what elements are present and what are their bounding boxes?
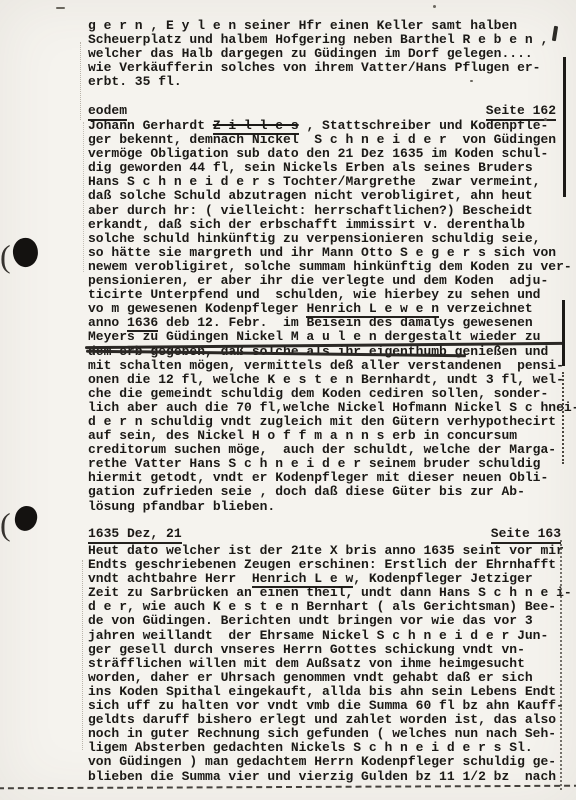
text-segment: ticirte Unterpfend und schulden, wie hie… [88,288,540,302]
text-line: Scheuerplatz und halbem Hofgering neben … [88,33,548,47]
text-line: solche schuld hinkünftig zu verpensionie… [88,232,576,246]
text-segment: vndt achtbahre Herr [88,572,252,586]
text-segment: daß solche Schuld abzutragen nicht verob… [88,189,533,203]
right-margin-rule [562,300,565,366]
text-line: vndt achtbahre Herr Henrich L e w, Koden… [88,572,572,586]
text-segment: solche schuld hinkünftig zu verpensionie… [88,232,540,246]
text-line: sich uff zu halten vor vndt vmb die Summ… [88,699,572,713]
paragraph-seite-162: Johann Gerhardt Z i l l e s , Stattschre… [88,119,576,514]
right-margin-dotted-rule [562,372,564,464]
text-line: lich aber auch die 70 fl,welche Nickel H… [88,401,576,415]
text-line: mit schalten mögen, vermittels deß aller… [88,359,576,373]
text-segment: gation zufrieden seie , doch daß diese G… [88,485,525,499]
text-segment: , Kodenpfleger Jetziger [353,572,532,586]
text-line: hiermit getodt, vndt er Kodenpfleger mit… [88,471,576,485]
text-segment: Scheuerplatz und halbem Hofgering neben … [88,33,548,47]
right-margin-dotted-rule [560,540,562,790]
ink-blot [13,505,38,533]
text-segment: jahren weillandt der Ehrsame Nickel S c … [88,629,548,643]
text-segment: erkandt, daß sich der erbschafft immissi… [88,218,525,232]
text-line: noch in guter Rechnung sich gefunden ( w… [88,727,572,741]
scanned-document-page: g e r n , E y l e n seiner Hfr einen Kel… [0,0,576,800]
text-segment: sich uff zu halten vor vndt vmb die Summ… [88,699,564,713]
text-line: vermöge Obligation sub dato den 21 Dez 1… [88,147,576,161]
text-segment: so hätte sie margreth und ihr Mann Otto … [88,246,556,260]
left-margin-guide [83,122,84,272]
text-segment: dig geworden 44 fl, sein Nickels Erben a… [88,161,533,175]
paragraph-seite-163: Heut dato welcher ist der 21te X bris an… [88,544,572,784]
text-line: ligem Absterben gedachten Nickels S c h … [88,741,572,755]
text-line: g e r n , E y l e n seiner Hfr einen Kel… [88,19,548,33]
text-segment: lösung pfandbar blieben. [88,500,275,514]
text-segment: welcher das Halb dargegen zu Güdingen im… [88,47,533,61]
text-segment: Hans S c h n e i d e r s Tochter/Margret… [88,175,540,189]
scan-speck [433,5,436,8]
text-line: d e r n schuldig vndt zugleich mit den G… [88,415,576,429]
text-line: d e r, wie auch K e s t e n Bernhart ( a… [88,600,572,614]
text-line: Heut dato welcher ist der 21te X bris an… [88,544,572,558]
paragraph-intro: g e r n , E y l e n seiner Hfr einen Kel… [88,19,548,89]
text-segment: ger gesell durch vnseres Herrn Gottes sc… [88,643,525,657]
text-segment: newem verobligiret, solche summam hinkün… [88,260,572,274]
text-line: newem verobligiret, solche summam hinkün… [88,260,576,274]
text-segment: Endts geschriebenen Zeugen erschinen: Er… [88,558,556,572]
text-segment: g e r n , E y l e n seiner Hfr einen Kel… [88,19,517,33]
text-line: gation zufrieden seie , doch daß diese G… [88,485,576,499]
text-segment: hiermit getodt, vndt er Kodenpfleger mit… [88,471,548,485]
text-segment: von Güdingen ) man gedachtem Herrn Koden… [88,755,556,769]
text-segment: erbt. 35 fl. [88,75,182,89]
text-segment: Zeit zu Sarbrücken an einen theil, undt … [88,586,572,600]
text-line: worden, daher er Uhrsach genommen vndt g… [88,671,572,685]
text-line: pensionieren, er aber ihr die verlegte u… [88,274,576,288]
text-line: von Güdingen ) man gedachtem Herrn Koden… [88,755,572,769]
scan-speck [470,80,473,82]
text-segment: ins Koden Spithal eingekauft, allda bis … [88,685,556,699]
text-line: daß solche Schuld abzutragen nicht verob… [88,189,576,203]
text-line: auf sein, des Nickel H o f f m a n n s e… [88,429,576,443]
text-segment: verzeichnet [439,302,533,316]
text-segment: creditorum suchen möge, auch der schuldt… [88,443,556,457]
text-line: che die gemeindt schuldig dem Koden cedi… [88,387,576,401]
text-segment: onen die 12 fl, welche K e s t e n Bernh… [88,373,564,387]
text-segment: blieben die Summa vier und vierzig Gulde… [88,770,556,784]
text-segment: noch in guter Rechnung sich gefunden ( w… [88,727,556,741]
text-line: dig geworden 44 fl, sein Nickels Erben a… [88,161,576,175]
left-margin-guide [82,560,83,750]
left-margin-guide [80,42,81,120]
text-segment: ger bekennt, demnach Nickel S c h n e i … [88,133,556,147]
margin-paren-mark: ( [0,506,11,543]
text-segment: lich aber auch die 70 fl,welche Nickel H… [88,401,576,415]
text-segment: Heut dato welcher ist der 21te X bris an… [88,544,564,558]
text-line: Endts geschriebenen Zeugen erschinen: Er… [88,558,572,572]
text-segment: d e r n schuldig vndt zugleich mit den G… [88,415,556,429]
text-segment: aber durch hr: ( vielleicht: herrschaftl… [88,204,533,218]
text-segment: pensionieren, er aber ihr die verlegte u… [88,274,548,288]
text-line: ger bekennt, demnach Nickel S c h n e i … [88,133,576,147]
text-segment: ligem Absterben gedachten Nickels S c h … [88,741,533,755]
text-line: lösung pfandbar blieben. [88,500,576,514]
text-line: anno 1636 deb 12. Febr. im Beisein des d… [88,316,576,330]
text-segment: wie Verkäufferin solches von ihrem Vatte… [88,61,540,75]
text-line: Hans S c h n e i d e r s Tochter/Margret… [88,175,576,189]
text-segment: sträfflichen willen mit dem Außsatz von … [88,657,525,671]
text-segment: de von Güdingen. Berichten undt bringen … [88,614,533,628]
text-line: rethe Vatter Hans S c h n e i d e r sein… [88,457,576,471]
text-segment: vermöge Obligation sub dato den 21 Dez 1… [88,147,548,161]
scan-speck [56,7,65,9]
text-segment: che die gemeindt schuldig dem Koden cedi… [88,387,548,401]
entry-date-label: 1635 Dez, 21 [88,527,182,544]
text-segment: d e r, wie auch K e s t e n Bernhart ( a… [88,600,556,614]
text-segment: , Stattschreiber und Kodenpfle- [299,119,549,133]
section-heading-1635: 1635 Dez, 21 Seite 163 [88,527,561,544]
text-line: creditorum suchen möge, auch der schuldt… [88,443,576,457]
page-number-163: Seite 163 [491,527,561,544]
text-line: onen die 12 fl, welche K e s t e n Bernh… [88,373,576,387]
margin-paren-mark: ( [0,238,11,275]
text-segment: rethe Vatter Hans S c h n e i d e r sein… [88,457,540,471]
text-segment: auf sein, des Nickel H o f f m a n n s e… [88,429,517,443]
text-line: sträfflichen willen mit dem Außsatz von … [88,657,572,671]
scan-speck [552,26,558,41]
text-line: jahren weillandt der Ehrsame Nickel S c … [88,629,572,643]
right-margin-rule [563,57,566,197]
text-line: wie Verkäufferin solches von ihrem Vatte… [88,61,548,75]
text-line: Johann Gerhardt Z i l l e s , Stattschre… [88,119,576,133]
text-line: aber durch hr: ( vielleicht: herrschaftl… [88,204,576,218]
text-segment: mit schalten mögen, vermittels deß aller… [88,359,564,373]
text-line: Zeit zu Sarbrücken an einen theil, undt … [88,586,572,600]
text-line: de von Güdingen. Berichten undt bringen … [88,614,572,628]
text-line: erkandt, daß sich der erbschafft immissi… [88,218,576,232]
text-line: welcher das Halb dargegen zu Güdingen im… [88,47,548,61]
text-line: so hätte sie margreth und ihr Mann Otto … [88,246,576,260]
text-segment: deb 12. Febr. im Beisein des damalys gew… [158,316,532,330]
text-segment: geldts daruff bishero erlegt und zahlet … [88,713,556,727]
pencil-dashed-underline [0,785,576,790]
text-line: ger gesell durch vnseres Herrn Gottes sc… [88,643,572,657]
scan-speck [544,118,547,121]
text-line: erbt. 35 fl. [88,75,548,89]
text-line: geldts daruff bishero erlegt und zahlet … [88,713,572,727]
text-segment: anno [88,316,127,330]
text-line: vo m gewesenen Kodenpfleger Henrich L e … [88,302,576,316]
text-segment: Johann Gerhardt [88,119,213,133]
ink-blot [10,236,40,270]
text-segment: worden, daher er Uhrsach genommen vndt g… [88,671,533,685]
text-segment: vo m gewesenen Kodenpfleger [88,302,306,316]
text-line: blieben die Summa vier und vierzig Gulde… [88,770,572,784]
text-line: ins Koden Spithal eingekauft, allda bis … [88,685,572,699]
text-line: ticirte Unterpfend und schulden, wie hie… [88,288,576,302]
